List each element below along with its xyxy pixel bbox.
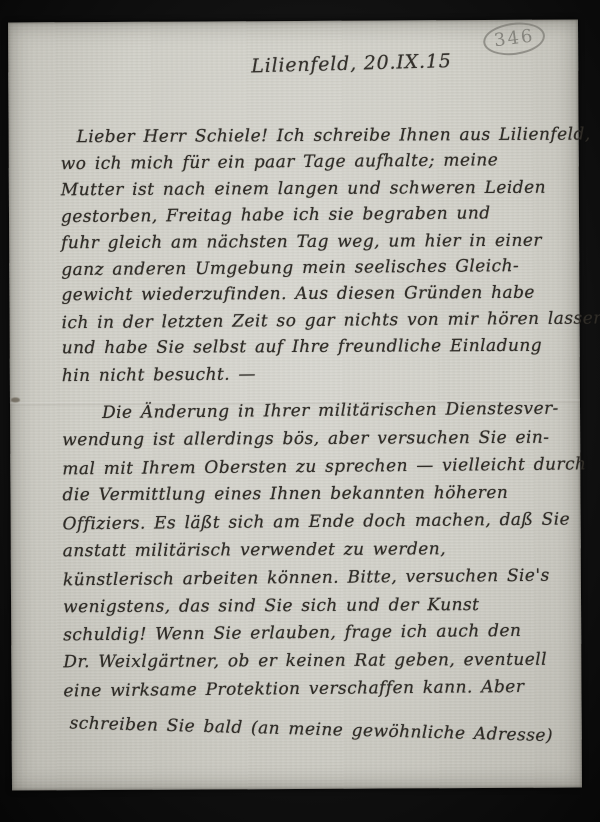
letter-body: Lieber Herr Schiele! Ich schreibe Ihnen …	[61, 122, 578, 738]
date-line: Lilienfeld, 20.IX.15	[251, 50, 452, 77]
photo-background: 346 Lilienfeld, 20.IX.15 Lieber Herr Sch…	[0, 0, 600, 822]
handwritten-line: Lieber Herr Schiele! Ich schreibe Ihnen …	[61, 122, 575, 151]
handwritten-line: Dr. Weixlgärtner, ob er keinen Rat geben…	[63, 647, 577, 677]
handwritten-line: schuldig! Wenn Sie erlauben, frage ich a…	[63, 618, 577, 651]
handwritten-line: wendung ist allerdings bös, aber versuch…	[62, 424, 576, 454]
fold-speck	[11, 397, 20, 402]
handwritten-line: anstatt militärisch verwendet zu werden,	[63, 536, 577, 566]
archive-number-text: 346	[492, 25, 535, 51]
handwritten-line: gestorben, Freitag habe ich sie begraben…	[61, 200, 575, 231]
letter-paragraph-1: Lieber Herr Schiele! Ich schreibe Ihnen …	[61, 122, 576, 389]
letter-page: 346 Lilienfeld, 20.IX.15 Lieber Herr Sch…	[8, 20, 582, 791]
handwritten-line: wenigstens, das sind Sie sich und der Ku…	[63, 591, 577, 621]
handwritten-line: Offiziers. Es läßt sich am Ende doch mac…	[62, 507, 576, 540]
handwritten-line: künstlerisch arbeiten können. Bitte, ver…	[63, 562, 577, 595]
handwritten-line: die Vermittlung eines Ihnen bekannten hö…	[62, 480, 576, 510]
handwritten-line: gewicht wiederzufinden. Aus diesen Gründ…	[61, 280, 575, 309]
handwritten-line: wo ich mich für ein paar Tage aufhalte; …	[61, 147, 575, 178]
handwritten-line: ganz anderen Umgebung mein seelisches Gl…	[61, 253, 575, 284]
handwritten-line: eine wirksame Protektion verschaffen kan…	[63, 673, 577, 706]
handwritten-line: hin nicht besucht. —	[62, 358, 576, 389]
handwritten-line: mal mit Ihrem Obersten zu sprechen — vie…	[62, 451, 576, 484]
handwritten-line: und habe Sie selbst auf Ihre freundliche…	[62, 333, 576, 362]
handwritten-line: ich in der letzten Zeit so gar nichts vo…	[61, 305, 575, 336]
archive-number-annotation: 346	[481, 19, 547, 59]
handwritten-line: fuhr gleich am nächsten Tag weg, um hier…	[61, 227, 575, 256]
handwritten-line: Mutter ist nach einem langen und schwere…	[61, 174, 575, 203]
handwritten-line: schreiben Sie bald (an meine gewöhnliche…	[63, 705, 578, 751]
letter-paragraph-2: Die Änderung in Ihrer militärischen Dien…	[62, 397, 578, 738]
